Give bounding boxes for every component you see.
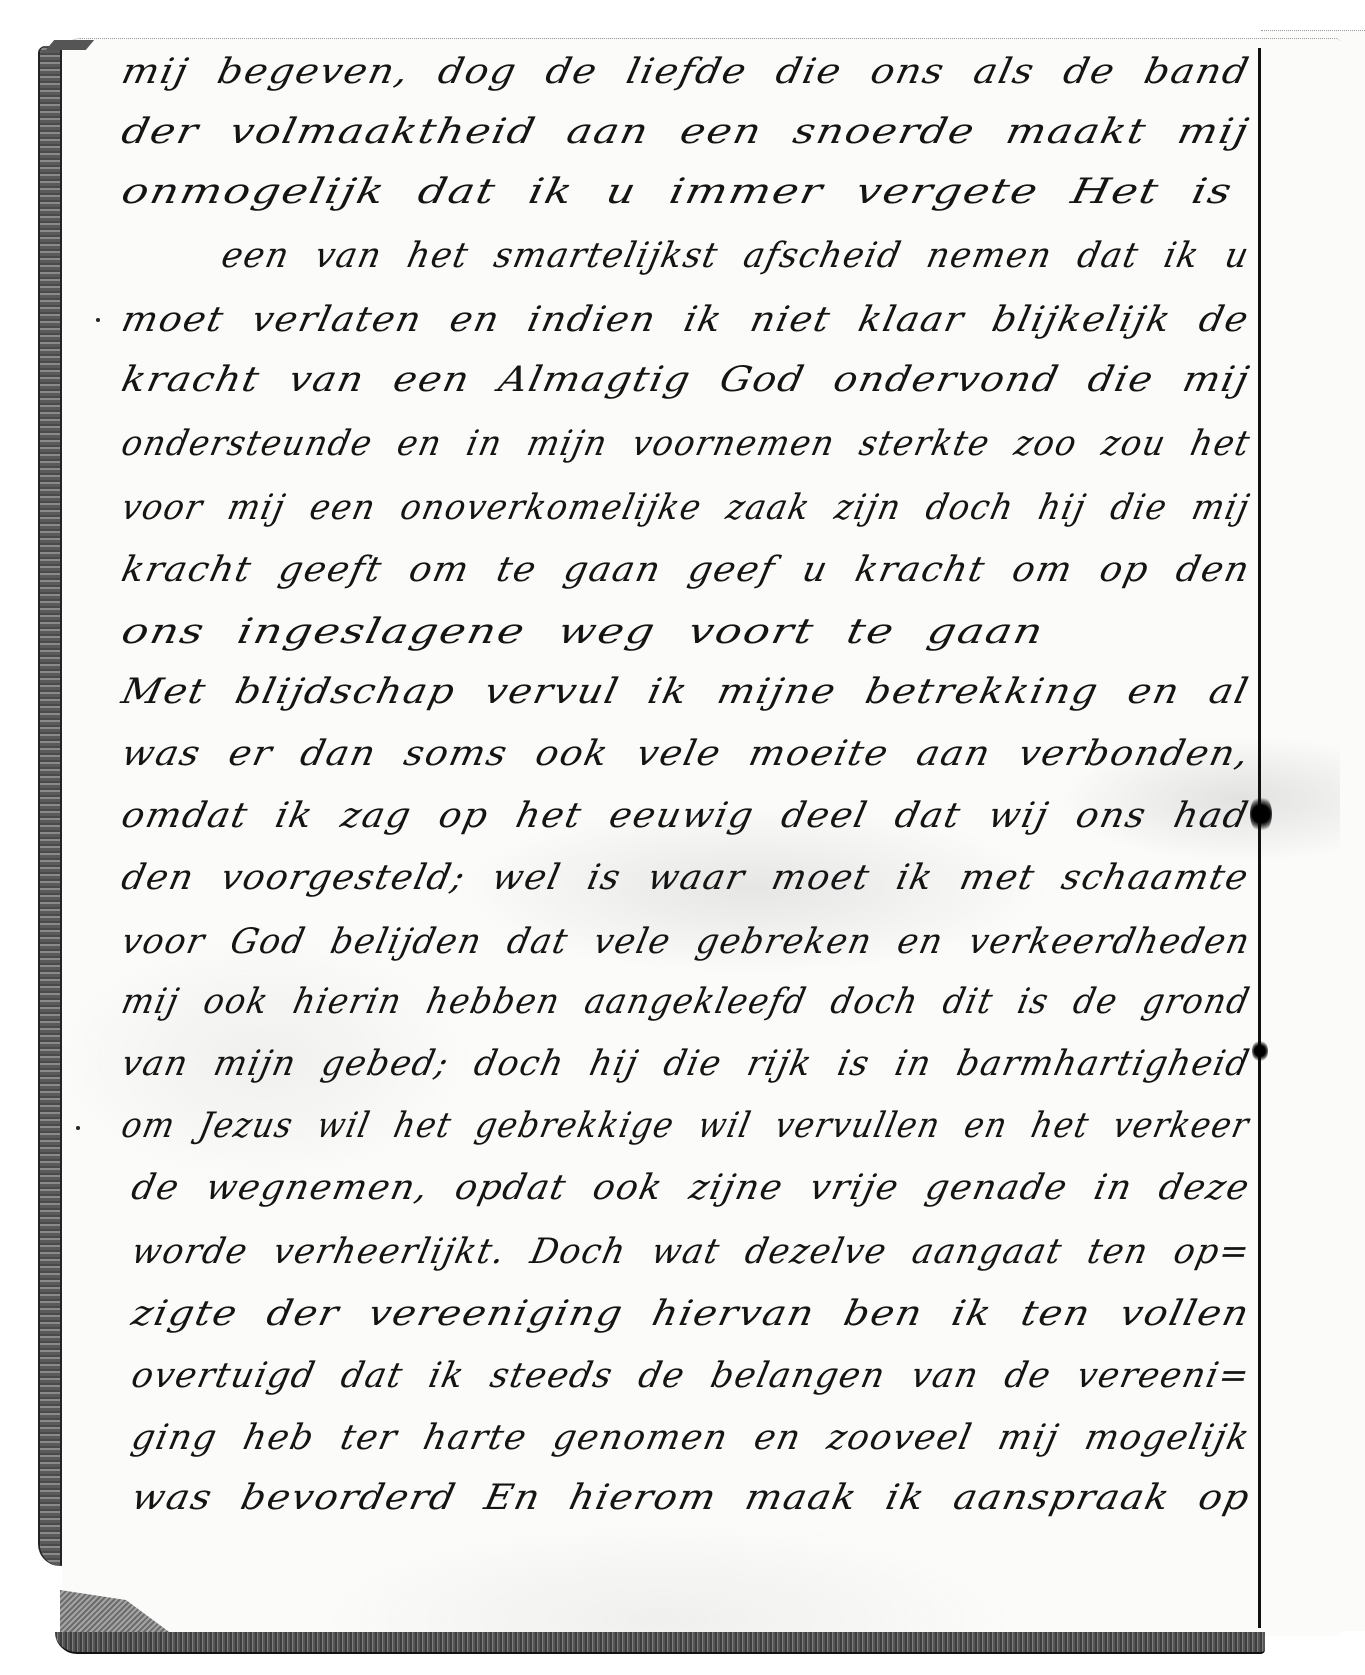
text-line: mij ook hierin hebben aangekleefd doch d… xyxy=(118,982,1254,1022)
text-line: moet verlaten en indien ik niet klaar bl… xyxy=(118,300,1253,340)
text-line: voor God belijden dat vele gebreken en v… xyxy=(118,922,1254,962)
text-line: ons ingeslagene weg voort te gaan xyxy=(118,612,1048,652)
text-line: ondersteunde en in mijn voornemen sterkt… xyxy=(118,424,1254,464)
margin-dot xyxy=(76,1126,80,1130)
text-line: onmogelijk dat ik u immer vergete Het is xyxy=(118,172,1237,212)
text-line: ging heb ter harte genomen en zooveel mi… xyxy=(128,1418,1254,1458)
text-line: worde verheerlijkt. Doch wat dezelve aan… xyxy=(128,1232,1254,1272)
text-line: omdat ik zag op het eeuwig deel dat wij … xyxy=(118,796,1253,836)
text-line: kracht geeft om te gaan geef u kracht om… xyxy=(118,550,1254,590)
handwritten-text: mij begeven, dog de liefde die ons als d… xyxy=(0,0,1365,1675)
text-line: de wegnemen, opdat ook zijne vrije genad… xyxy=(128,1168,1254,1208)
text-line: der volmaaktheid aan een snoerde maakt m… xyxy=(118,112,1253,152)
text-line: was er dan soms ook vele moeite aan verb… xyxy=(118,734,1253,774)
text-line: van mijn gebed; doch hij die rijk is in … xyxy=(118,1044,1254,1084)
text-line: kracht van een Almagtig God ondervond di… xyxy=(118,360,1254,400)
text-line: overtuigd dat ik steeds de belangen van … xyxy=(128,1356,1254,1396)
text-line: een van het smartelijkst afscheid nemen … xyxy=(218,236,1253,276)
text-line: zigte der vereeniging hiervan ben ik ten… xyxy=(128,1294,1254,1334)
text-line: Met blijdschap vervul ik mijne betrekkin… xyxy=(118,672,1253,712)
text-line: den voorgesteld; wel is waar moet ik met… xyxy=(118,858,1253,898)
text-line: om Jezus wil het gebrekkige wil vervulle… xyxy=(118,1106,1253,1146)
text-line: was bevorderd En hierom maak ik aanspraa… xyxy=(128,1478,1254,1518)
text-line: voor mij een onoverkomelijke zaak zijn d… xyxy=(118,488,1254,528)
text-line: mij begeven, dog de liefde die ons als d… xyxy=(118,52,1253,92)
margin-dot xyxy=(96,318,100,322)
